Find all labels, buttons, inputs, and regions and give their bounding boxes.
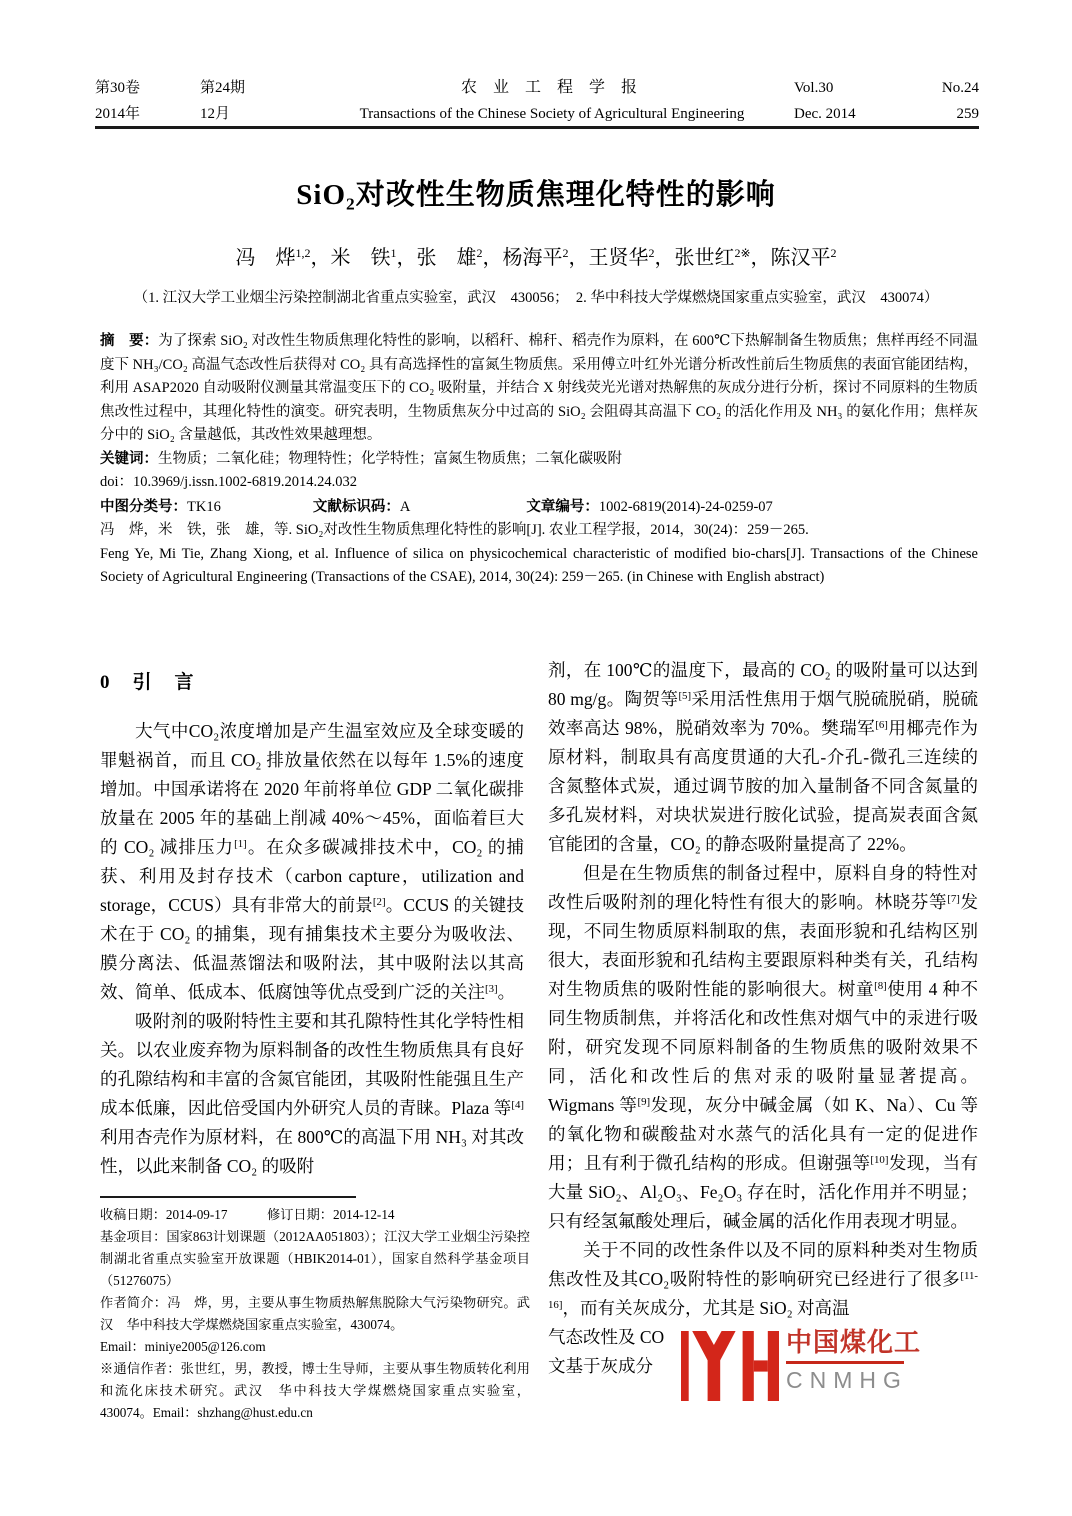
abstract-paragraph: 摘 要：为了探索 SiO₂ 对改性生物质焦理化特性的影响，以稻秆、棉秆、稻壳作为… — [100, 330, 978, 448]
body-paragraph-4: 但是在生物质焦的制备过程中，原料自身的特性对改性后吸附剂的理化特性有很大的影响。… — [548, 859, 978, 1236]
doi-line: doi：10.3969/j.issn.1002-6819.2014.24.032 — [100, 471, 978, 495]
journal-header-row1: 第30卷 第24期 农 业 工 程 学 报 Vol.30 No.24 — [95, 74, 979, 97]
paper-page: 第30卷 第24期 农 业 工 程 学 报 Vol.30 No.24 2014年… — [0, 0, 1072, 1516]
journal-title-cn: 农 业 工 程 学 报 — [310, 74, 794, 97]
clc-value: TK16 — [187, 499, 221, 515]
author: 张 雄2 — [416, 247, 482, 269]
paper-title: SiO₂对改性生物质焦理化特性的影响 — [0, 172, 1072, 213]
abstract-text: 为了探索 SiO₂ 对改性生物质焦理化特性的影响，以稻秆、棉秆、稻壳作为原料，在… — [100, 333, 978, 443]
classification-row: 中图分类号：TK16 文献标识码：A 文章编号：1002-6819(2014)-… — [100, 496, 978, 520]
obscured-line-1-left: 气态改性及 CO — [548, 1323, 664, 1352]
keywords-line: 关键词：生物质；二氧化硅；物理特性；化学特性；富氮生物质焦；二氧化碳吸附 — [100, 448, 978, 472]
header-rule — [95, 126, 979, 129]
doi-label: doi： — [100, 474, 133, 490]
meta-block: 摘 要：为了探索 SiO₂ 对改性生物质焦理化特性的影响，以稻秆、棉秆、稻壳作为… — [100, 330, 978, 590]
watermark-underline — [786, 1361, 904, 1364]
header-date-cn: 2014年 12月 — [95, 102, 310, 123]
header-volume-issue-en: Vol.30 No.24 — [794, 80, 979, 97]
keywords-label: 关键词： — [100, 451, 158, 467]
watermark: 中国煤化工 CNMHG — [681, 1327, 983, 1415]
watermark-logo-icon — [681, 1331, 779, 1406]
footnote-author-bio: 作者简介：冯 烨，男，主要从事生物质热解焦脱除大气污染物研究。武汉 华中科技大学… — [100, 1292, 530, 1336]
author: 陈汉平2 — [771, 247, 837, 269]
journal-title-en: Transactions of the Chinese Society of A… — [310, 106, 794, 123]
journal-header-row2: 2014年 12月 Transactions of the Chinese So… — [95, 102, 979, 123]
doc-code-label: 文献标识码： — [313, 499, 400, 515]
article-id-item: 文章编号：1002-6819(2014)-24-0259-07 — [526, 496, 772, 520]
footnote-corresponding-author: ※通信作者：张世红，男，教授，博士生导师，主要从事生物质转化利用和流化床技术研究… — [100, 1358, 530, 1424]
year-cn: 2014年 — [95, 102, 200, 123]
author: 王贤华2 — [588, 247, 654, 269]
body-column-left: 0 引 言 大气中CO₂浓度增加是产生温室效应及全球变暖的罪魁祸首，而且 CO₂… — [100, 662, 524, 1192]
body-paragraph-5: 关于不同的改性条件以及不同的原料种类对生物质焦改性及其CO₂吸附特性的影响研究已… — [548, 1236, 978, 1323]
affiliation-line: （1. 江汉大学工业烟尘污染控制湖北省重点实验室，武汉 430056； 2. 华… — [0, 286, 1072, 307]
author: 冯 烨1,2 — [235, 247, 310, 269]
volume-en: Vol.30 — [794, 80, 833, 97]
obscured-line-2-left: 文基于灰成分 — [548, 1352, 653, 1381]
doi-text: 10.3969/j.issn.1002-6819.2014.24.032 — [133, 474, 357, 490]
keywords-text: 生物质；二氧化硅；物理特性；化学特性；富氮生物质焦；二氧化碳吸附 — [158, 451, 622, 467]
doc-code-item: 文献标识码：A — [313, 496, 410, 520]
date-en: Dec. 2014 — [794, 106, 856, 123]
body-paragraph-1: 大气中CO₂浓度增加是产生温室效应及全球变暖的罪魁祸首，而且 CO₂ 排放量依然… — [100, 717, 524, 1007]
article-id-label: 文章编号： — [526, 499, 599, 515]
watermark-text-en: CNMHG — [786, 1367, 921, 1393]
clc-label: 中图分类号： — [100, 499, 187, 515]
body-paragraph-2: 吸附剂的吸附特性主要和其孔隙特性其化学特性相关。以农业废弃物为原料制备的改性生物… — [100, 1007, 524, 1181]
citation-cn: 冯 烨，米 铁，张 雄，等. SiO₂对改性生物质焦理化特性的影响[J]. 农业… — [100, 519, 978, 543]
issue-en: No.24 — [942, 80, 979, 97]
footnote-rule — [100, 1196, 356, 1198]
doc-code-value: A — [400, 499, 410, 515]
authors-line: 冯 烨1,2，米 铁1，张 雄2，杨海平2，王贤华2，张世红2※，陈汉平2 — [0, 241, 1072, 270]
footnote-funding: 基金项目：国家863计划课题（2012AA051803）；江汉大学工业烟尘污染控… — [100, 1226, 530, 1292]
abstract-label: 摘 要： — [100, 333, 158, 349]
footnote-received-date: 收稿日期：2014-09-17 修订日期：2014-12-14 — [100, 1204, 530, 1226]
author: 杨海平2 — [502, 247, 568, 269]
watermark-text: 中国煤化工 CNMHG — [786, 1327, 921, 1393]
clc-item: 中图分类号：TK16 — [100, 496, 221, 520]
article-id-value: 1002-6819(2014)-24-0259-07 — [599, 499, 773, 515]
volume-cn: 第30卷 — [95, 76, 200, 97]
author: 张世红2※ — [674, 247, 750, 269]
author: 米 铁1 — [330, 247, 396, 269]
footnote-email: Email：miniye2005@126.com — [100, 1336, 530, 1358]
section-heading-introduction: 0 引 言 — [100, 668, 524, 697]
footnote-block: 收稿日期：2014-09-17 修订日期：2014-12-14 基金项目：国家8… — [100, 1204, 530, 1424]
month-cn: 12月 — [200, 102, 230, 123]
issue-cn: 第24期 — [200, 76, 245, 97]
header-volume-issue-cn: 第30卷 第24期 — [95, 76, 310, 97]
header-date-page: Dec. 2014 259 — [794, 106, 979, 123]
page-number: 259 — [957, 106, 980, 123]
citation-en: Feng Ye, Mi Tie, Zhang Xiong, et al. Inf… — [100, 543, 978, 590]
body-paragraph-3: 剂，在 100℃的温度下，最高的 CO₂ 的吸附量可以达到 80 mg/g。陶贺… — [548, 656, 978, 859]
watermark-text-cn: 中国煤化工 — [786, 1327, 921, 1357]
